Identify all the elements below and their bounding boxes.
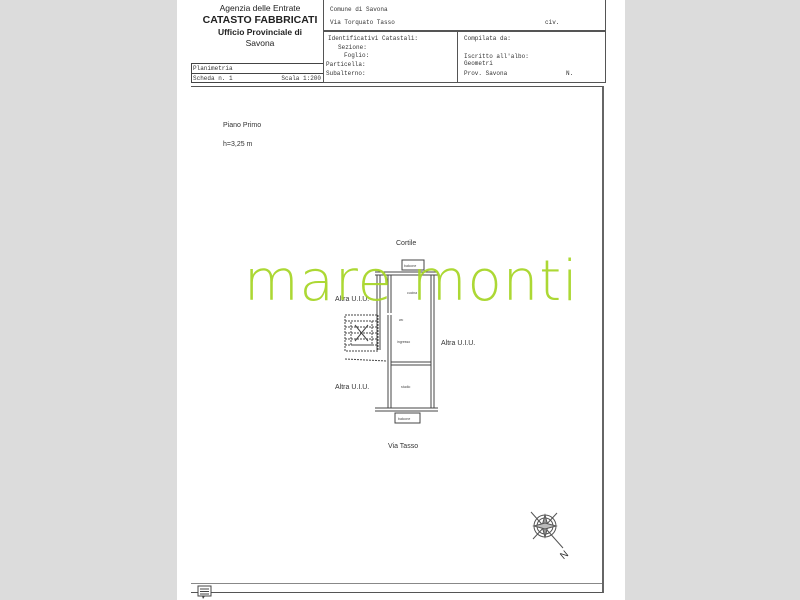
agency-name: Agenzia delle Entrate — [196, 3, 324, 13]
north-label: N — [558, 549, 571, 562]
municipality: Comune di Savona — [330, 6, 388, 13]
floor-label: Piano Primo — [223, 122, 261, 129]
room-balcony-bottom: balcone — [398, 417, 410, 421]
street-label: Via Tasso — [388, 443, 418, 450]
notes-icon[interactable] — [197, 585, 213, 600]
planimetry-box: Planimetria Scheda n. 1 Scala 1:200 — [191, 63, 324, 83]
compiler-section: Compilata da: Iscritto all'albo: Geometr… — [458, 32, 605, 82]
sub-label: Subalterno: — [326, 70, 366, 77]
cadastral-box: Identificativi Catastali: Sezione: Fogli… — [323, 31, 606, 83]
compiled-by-label: Compilata da: — [464, 35, 511, 42]
header-agency-block: Agenzia delle Entrate CATASTO FABBRICATI… — [196, 0, 324, 62]
office-city: Savona — [196, 38, 324, 48]
office-name: Ufficio Provinciale di — [196, 27, 324, 37]
room-entrance: ingresso — [397, 340, 410, 344]
registered-value: Geometri — [464, 60, 493, 67]
watermark-logo: mare monti — [244, 254, 579, 310]
sheet-number: Scheda n. 1 — [193, 74, 233, 83]
civic-label: civ. — [545, 19, 559, 26]
cadastral-identifiers: Identificativi Catastali: Sezione: Fogli… — [324, 32, 458, 82]
street-address: Via Torquato Tasso — [330, 19, 395, 26]
room-wc: wc — [399, 318, 404, 322]
province-label: Prov. Savona — [464, 70, 507, 77]
number-label: N. — [566, 70, 573, 77]
height-label: h=3,25 m — [223, 141, 252, 148]
other-unit-label-e: Altra U.I.U. — [441, 340, 475, 347]
room-study: studio — [401, 385, 410, 389]
planimetry-label: Planimetria — [192, 64, 323, 73]
registered-label: Iscritto all'albo: — [464, 53, 529, 60]
cadastral-title: Identificativi Catastali: — [328, 35, 418, 42]
document-title: CATASTO FABBRICATI — [196, 14, 324, 26]
scale: Scala 1:200 — [281, 74, 321, 83]
drawing-frame-bottom-line — [191, 583, 602, 584]
parcel-label: Particella: — [326, 61, 366, 68]
section-label: Sezione: — [338, 44, 367, 51]
sheet-field-label: Foglio: — [344, 52, 369, 59]
compass-rose-icon: N — [527, 508, 577, 568]
courtyard-label: Cortile — [396, 240, 416, 247]
sheet-scale-row: Scheda n. 1 Scala 1:200 — [192, 73, 323, 83]
address-box: Comune di Savona Via Torquato Tasso civ. — [323, 0, 606, 31]
